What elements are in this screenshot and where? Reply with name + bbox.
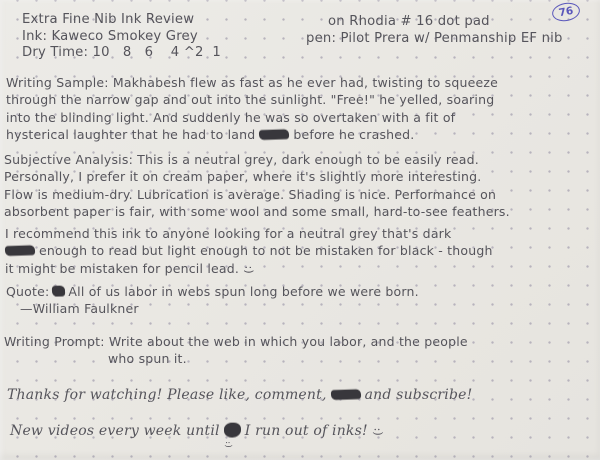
scribbled-out-word	[52, 286, 65, 296]
ink-name-line: Ink: Kaweco Smokey Grey	[22, 29, 221, 46]
line-text: Thanks for watching! Please like, commen…	[7, 387, 327, 403]
page-title: Extra Fine Nib Ink Review	[22, 12, 221, 29]
handwritten-line: Subjective Analysis: This is a neutral g…	[4, 151, 510, 168]
scribbled-out-word	[223, 423, 240, 438]
quote-line: Quote:All of us labor in webs spun long …	[6, 283, 419, 300]
pen-line: pen: Pilot Prera w/ Penmanship EF nib	[306, 31, 563, 48]
subjective-analysis-paragraph: Subjective Analysis: This is a neutral g…	[4, 151, 510, 220]
smiley-icon: :)	[240, 265, 257, 273]
handwritten-line: Writing Sample: Makhabesh flew as fast a…	[6, 74, 498, 91]
scribbled-out-word	[330, 389, 360, 399]
quote-text: All of us labor in webs spun long before…	[68, 284, 418, 299]
handwritten-line: absorbent paper is fair, with some wool …	[4, 203, 510, 220]
scribble-with-smiley: :)	[220, 421, 245, 440]
thanks-line: Thanks for watching! Please like, commen…	[7, 387, 472, 404]
recommendation-paragraph: I recommend this ink to anyone looking f…	[5, 225, 493, 278]
handwritten-line: into the blinding light. And suddenly he…	[6, 109, 498, 126]
smiley-icon: :)	[219, 441, 236, 448]
quote-label: Quote:	[6, 284, 49, 299]
line-text: New videos every week until	[10, 423, 220, 439]
line-text: before he crashed.	[293, 127, 414, 142]
quote-attribution: —William Faulkner	[6, 300, 419, 317]
new-videos-line: New videos every week until:)I run out o…	[10, 421, 382, 440]
handwritten-line: who spun it.	[4, 350, 468, 367]
handwritten-line: hysterical laughter that he had to landb…	[6, 126, 498, 143]
notebook-page: 76 Extra Fine Nib Ink Review Ink: Kaweco…	[0, 0, 600, 460]
line-text: hysterical laughter that he had to land	[6, 127, 255, 142]
line-text: and subscribe!	[365, 387, 473, 403]
writing-prompt-section: Writing Prompt: Write about the web in w…	[4, 333, 468, 368]
handwritten-line: Writing Prompt: Write about the web in w…	[4, 333, 468, 350]
line-text: I run out of inks!	[245, 423, 368, 439]
quote-section: Quote:All of us labor in webs spun long …	[6, 283, 419, 318]
handwritten-line: Flow is medium-dry. Lubrication is avera…	[4, 186, 510, 203]
scribbled-out-word	[259, 129, 289, 139]
handwritten-line: enough to read but light enough to not b…	[5, 242, 493, 259]
handwritten-line: through the narrow gap and out into the …	[6, 91, 498, 108]
handwritten-line: it might be mistaken for pencil lead.:)	[5, 260, 493, 278]
smiley-icon: :)	[369, 428, 386, 436]
handwritten-line: I recommend this ink to anyone looking f…	[5, 225, 493, 242]
writing-sample-paragraph: Writing Sample: Makhabesh flew as fast a…	[6, 74, 498, 143]
handwritten-line: Personally, I prefer it on cream paper, …	[4, 168, 510, 185]
dry-time-line: Dry Time: 10 8 6 4 ^2 1	[22, 45, 221, 62]
header-right: on Rhodia # 16 dot pad pen: Pilot Prera …	[306, 14, 563, 47]
header-left: Extra Fine Nib Ink Review Ink: Kaweco Sm…	[22, 12, 221, 62]
line-text: enough to read but light enough to not b…	[39, 243, 493, 258]
line-text: it might be mistaken for pencil lead.	[5, 261, 239, 276]
scribbled-out-word	[5, 246, 35, 256]
paper-line: on Rhodia # 16 dot pad	[306, 14, 490, 31]
